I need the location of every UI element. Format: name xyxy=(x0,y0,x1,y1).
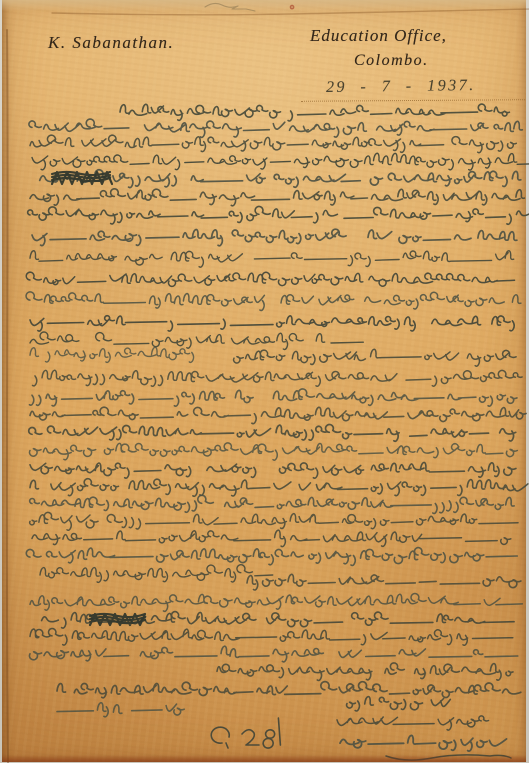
manuscript-line xyxy=(28,207,529,225)
manuscript-line xyxy=(120,104,509,121)
manuscript-line xyxy=(30,594,522,612)
manuscript-line xyxy=(30,332,363,349)
ink-scratchout xyxy=(90,614,145,625)
manuscript-line xyxy=(32,530,511,546)
manuscript-line xyxy=(247,574,521,590)
manuscript-line xyxy=(57,682,521,698)
manuscript-line xyxy=(347,697,451,711)
top-tear-crease xyxy=(52,9,529,15)
manuscript-line xyxy=(234,349,517,366)
manuscript-line xyxy=(26,272,514,286)
manuscript-line xyxy=(217,663,513,681)
manuscript-line xyxy=(30,495,515,513)
top-pencil-mark xyxy=(205,3,255,11)
ink-scratchout xyxy=(52,172,112,184)
manuscript-line xyxy=(29,119,522,137)
manuscript-line xyxy=(30,479,528,497)
scanned-letter: K. Sabanathan. Education Office, Colombo… xyxy=(0,0,529,763)
handwritten-body-ink xyxy=(2,0,529,763)
manuscript-line xyxy=(30,189,524,206)
manuscript-line xyxy=(32,153,529,170)
signature-flourish xyxy=(386,755,511,760)
manuscript-line xyxy=(29,425,516,442)
manuscript-line xyxy=(30,407,526,423)
manuscript-line xyxy=(26,292,521,311)
manuscript-line xyxy=(26,548,517,566)
manuscript-line xyxy=(30,389,518,406)
left-edge-crease xyxy=(7,30,8,763)
manuscript-line xyxy=(30,251,514,267)
manuscript-line xyxy=(30,512,518,530)
manuscript-line xyxy=(40,565,273,583)
manuscript-line xyxy=(33,370,523,386)
manuscript-line xyxy=(30,347,194,362)
manuscript-line xyxy=(30,629,513,646)
manuscript-line xyxy=(57,703,184,717)
letter-paper: K. Sabanathan. Education Office, Colombo… xyxy=(2,0,526,762)
manuscript-line xyxy=(337,716,489,730)
manuscript-line xyxy=(30,316,514,331)
manuscript-line xyxy=(340,735,507,751)
manuscript-line xyxy=(29,646,517,662)
red-speck xyxy=(290,6,293,9)
manuscript-line xyxy=(30,135,516,152)
manuscript-line xyxy=(29,443,517,460)
manuscript-line xyxy=(30,462,516,478)
reference-mark xyxy=(211,718,280,748)
manuscript-line xyxy=(32,229,517,246)
